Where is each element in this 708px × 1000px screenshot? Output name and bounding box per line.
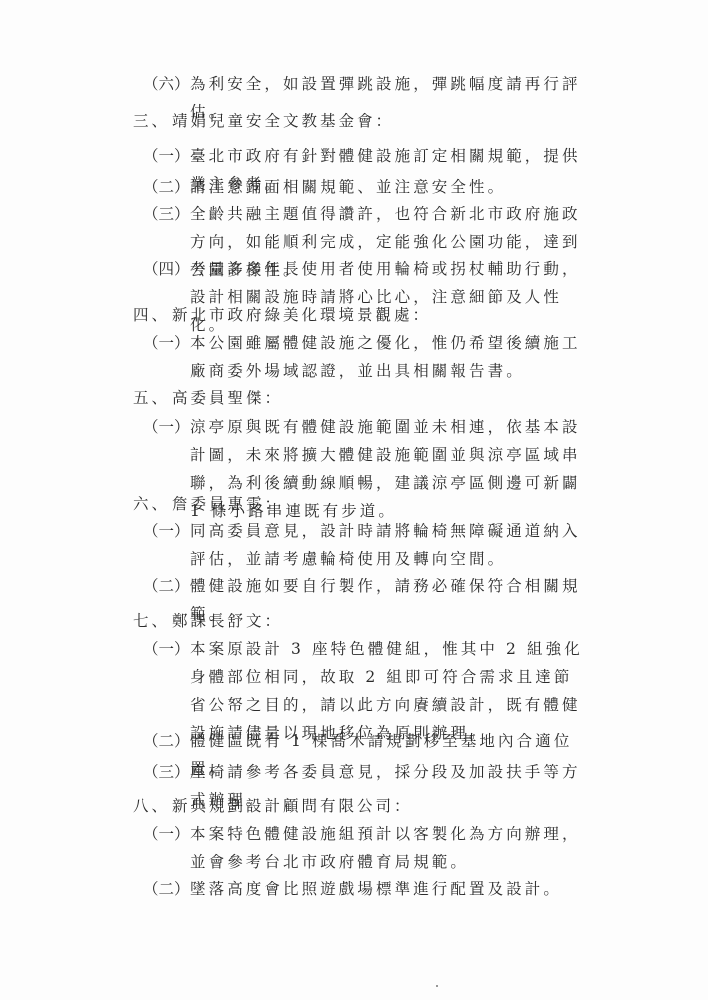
item-text: 請注意鋪面相關規範、並注意安全性。: [190, 173, 590, 201]
section-title: 靖娟兒童安全文教基金會：: [172, 112, 394, 130]
section-number: 三、: [133, 112, 170, 130]
document-page: （六）為利安全，如設置彈跳設施，彈跳幅度請再行評估。三、靖娟兒童安全文教基金會：…: [0, 0, 708, 1000]
item-number: （一）: [143, 522, 189, 540]
section-number: 八、: [133, 797, 170, 815]
item-number: （一）: [143, 825, 189, 843]
item-number: （三）: [143, 763, 189, 781]
item-number: （一）: [143, 640, 189, 658]
scan-artifact: [436, 985, 438, 987]
item-number: （二）: [143, 732, 189, 750]
item-text: 考量許多年長使用者使用輪椅或拐杖輔助行動，設計相關設施時請將心比心，注意細節及人…: [190, 255, 590, 339]
item-text: 本案特色體健設施組預計以客製化為方向辦理，並會參考台北市政府體育局規範。: [190, 820, 590, 876]
item-text: 本公園雖屬體健設施之優化，惟仍希望後續施工廠商委外場域認證，並出具相關報告書。: [190, 329, 590, 385]
item-number: （一）: [143, 147, 189, 165]
section-number: 六、: [133, 495, 170, 513]
item-number: （二）: [143, 880, 189, 898]
item-number: （三）: [143, 205, 189, 223]
section-title: 新典規劃設計顧問有限公司：: [172, 797, 413, 815]
section-title: 新北市政府綠美化環境景觀處：: [172, 306, 431, 324]
item-number: （一）: [143, 418, 189, 436]
item-number: （一）: [143, 334, 189, 352]
section-number: 五、: [133, 389, 170, 407]
item-number: （四）: [143, 260, 189, 278]
section-number: 四、: [133, 306, 170, 324]
section-number: 七、: [133, 612, 170, 630]
item-number: （二）: [143, 577, 189, 595]
section-title: 高委員聖傑：: [172, 389, 283, 407]
section-title: 鄭課長舒文：: [172, 612, 283, 630]
item-text: 墜落高度會比照遊戲場標準進行配置及設計。: [190, 875, 590, 903]
section-title: 詹委員惠雯：: [172, 495, 283, 513]
item-number: （六）: [143, 75, 189, 93]
item-text: 同高委員意見，設計時請將輪椅無障礙通道納入評估，並請考慮輪椅使用及轉向空間。: [190, 517, 590, 573]
item-number: （二）: [143, 178, 189, 196]
